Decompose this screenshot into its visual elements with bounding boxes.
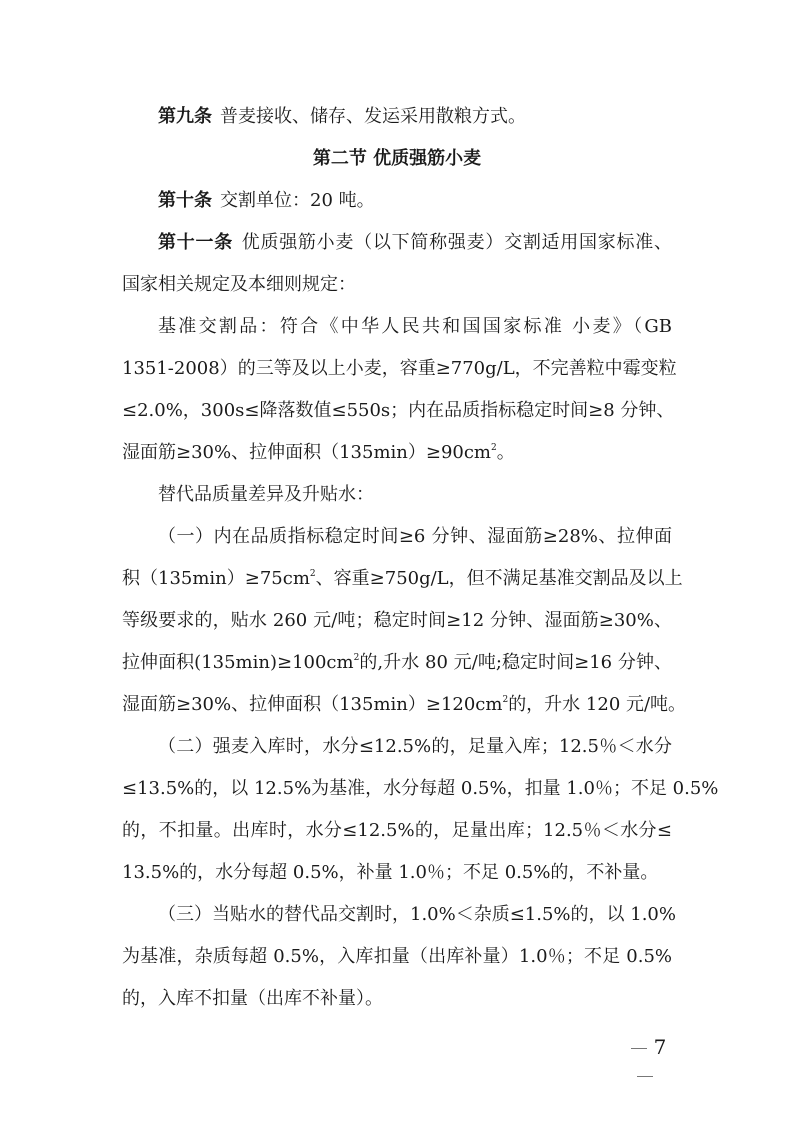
article-11-line-1: 第十一条优质强筋小麦（以下简称强麦）交割适用国家标准、 <box>158 229 672 257</box>
benchmark-line-4-text: 湿面筋≥30%、拉伸面积（135min）≥90cm <box>122 442 491 463</box>
item-1-line-1: （一）内在品质指标稳定时间≥6 分钟、湿面筋≥28%、拉伸面 <box>158 523 672 551</box>
item-2-line-3: 的，不扣量。出库时，水分≤12.5%的，足量出库；12.5％＜水分≤ <box>122 817 672 845</box>
item-1-line-3: 等级要求的，贴水 260 元/吨；稳定时间≥12 分钟、湿面筋≥30%、 <box>122 607 672 635</box>
item-1-line-5: 湿面筋≥30%、拉伸面积（135min）≥120cm2的，升水 120 元/吨。 <box>122 691 672 719</box>
benchmark-line-1: 基准交割品：符合《中华人民共和国国家标准 小麦》（GB <box>158 313 672 341</box>
dash-left <box>631 1048 647 1050</box>
benchmark-line-4: 湿面筋≥30%、拉伸面积（135min）≥90cm2。 <box>122 439 672 467</box>
item-1-line-4a: 拉伸面积(135min)≥100cm <box>122 652 354 673</box>
dash-right <box>637 1076 653 1078</box>
item-1-line-4: 拉伸面积(135min)≥100cm2的,升水 80 元/吨;稳定时间≥16 分… <box>122 649 672 677</box>
article-11-label: 第十一条 <box>158 232 233 253</box>
page-number-value: 7 <box>654 1035 667 1059</box>
item-1-line-5a: 湿面筋≥30%、拉伸面积（135min）≥120cm <box>122 694 502 715</box>
benchmark-line-2: 1351-2008）的三等及以上小麦，容重≥770g/L，不完善粒中霉变粒 <box>122 355 672 383</box>
section-2-title: 第二节 优质强筋小麦 <box>122 145 672 173</box>
item-3-line-3: 的，入库不扣量（出库不补量）。 <box>122 985 672 1013</box>
benchmark-line-4-end: 。 <box>497 442 515 463</box>
article-11-text-1: 优质强筋小麦（以下简称强麦）交割适用国家标准、 <box>241 232 672 253</box>
article-11-line-2: 国家相关规定及本细则规定： <box>122 271 672 299</box>
item-1-line-5b: 的，升水 120 元/吨。 <box>508 694 686 715</box>
article-10: 第十条交割单位：20 吨。 <box>158 187 672 215</box>
item-1-line-2: 积（135min）≥75cm2、容重≥750g/L，但不满足基准交割品及以上 <box>122 565 672 593</box>
item-3-line-2: 为基准，杂质每超 0.5%，入库扣量（出库补量）1.0％；不足 0.5% <box>122 943 672 971</box>
article-9-label: 第九条 <box>158 106 212 127</box>
article-10-label: 第十条 <box>158 190 212 211</box>
page-number: 7 <box>610 1033 680 1089</box>
item-1-line-2a: 积（135min）≥75cm <box>122 568 310 589</box>
item-1-line-2b: 、容重≥750g/L，但不满足基准交割品及以上 <box>316 568 683 589</box>
document-page: 第九条普麦接收、储存、发运采用散粮方式。 第二节 优质强筋小麦 第十条交割单位：… <box>0 0 793 1122</box>
substitute-heading: 替代品质量差异及升贴水： <box>158 481 672 509</box>
item-1-line-4b: 的,升水 80 元/吨;稳定时间≥16 分钟、 <box>359 652 672 673</box>
item-3-line-1: （三）当贴水的替代品交割时，1.0%＜杂质≤1.5%的，以 1.0% <box>158 901 672 929</box>
article-10-text: 交割单位：20 吨。 <box>220 190 375 211</box>
benchmark-line-3: ≤2.0%，300s≤降落数值≤550s；内在品质指标稳定时间≥8 分钟、 <box>122 397 672 425</box>
item-2-line-1: （二）强麦入库时，水分≤12.5%的，足量入库；12.5％＜水分 <box>158 733 672 761</box>
article-9: 第九条普麦接收、储存、发运采用散粮方式。 <box>158 103 672 131</box>
article-9-text: 普麦接收、储存、发运采用散粮方式。 <box>220 106 526 127</box>
item-2-line-4: 13.5%的，水分每超 0.5%，补量 1.0％；不足 0.5%的，不补量。 <box>122 859 672 887</box>
item-2-line-2: ≤13.5%的，以 12.5%为基准，水分每超 0.5%，扣量 1.0％；不足 … <box>122 775 672 803</box>
